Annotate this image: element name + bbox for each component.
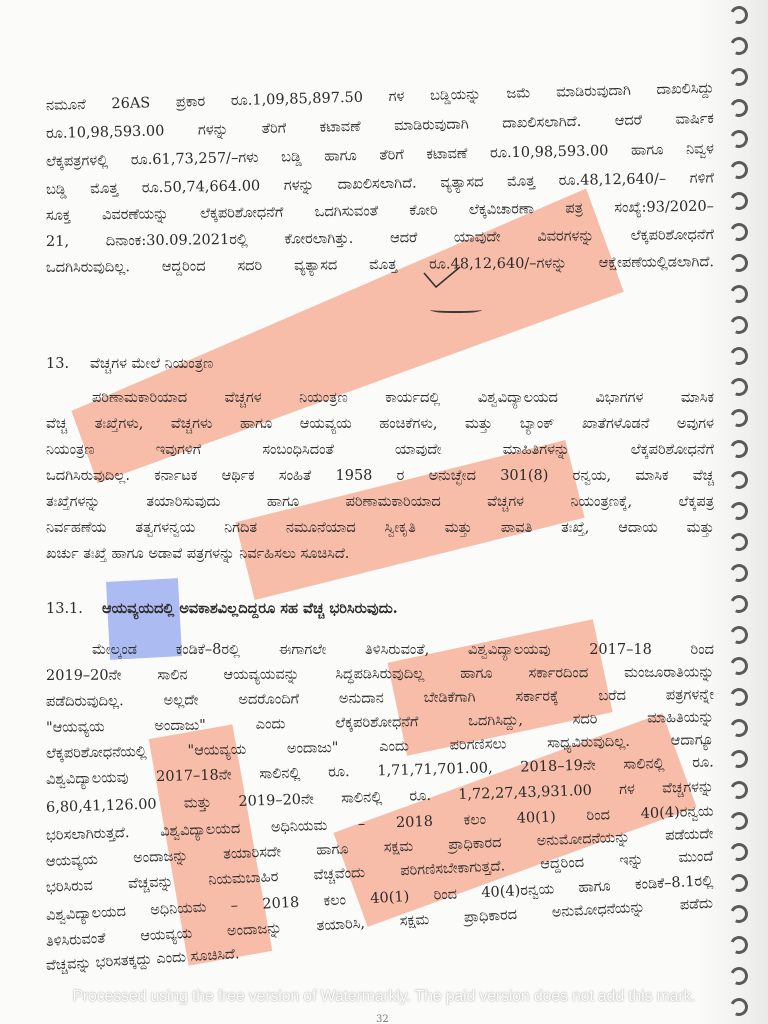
section-number: 13. bbox=[46, 356, 90, 372]
paragraph-line: ಖರ್ಚು ತಃಖ್ತೆ ಹಾಗೂ ಅಡಾವೆ ಪತ್ರಗಳನ್ನು ನಿರ್ವ… bbox=[46, 544, 714, 564]
scanned-document-page: ನಮೂನೆ 26AS ಪ್ರಕಾರ ರೂ.1,09,85,897.50 ಗಳ ಬ… bbox=[0, 0, 768, 1024]
paragraph-line: ನಿಯಂತ್ರಣ ಇವುಗಳಿಗೆ ಸಂಬಂಧಿಸಿದಂತೆ ಯಾವುದೇ ಮಾ… bbox=[46, 440, 714, 460]
paragraph-line: 2019–20ನೇ ಸಾಲಿನ ಆಯವ್ಯಯವನ್ನು ಸಿದ್ಧಪಡಿಸಿರು… bbox=[46, 663, 714, 686]
paragraph-line: ಒದಗಿಸಿರುವುದಿಲ್ಲ. ಆದ್ದರಿಂದ ಸದರಿ ವ್ಯತ್ಯಾಸದ… bbox=[46, 252, 714, 278]
section-13-1-heading: 13.1.ಆಯವ್ಯಯದಲ್ಲಿ ಅವಕಾಶವಿಲ್ಲದಿದ್ದರೂ ಸಹ ವೆ… bbox=[46, 600, 398, 617]
document-text: ನಮೂನೆ 26AS ಪ್ರಕಾರ ರೂ.1,09,85,897.50 ಗಳ ಬ… bbox=[0, 0, 768, 1024]
handwritten-underline bbox=[430, 305, 482, 313]
handwritten-checkmark bbox=[422, 265, 462, 289]
paragraph-line: ಪಡೆದಿರುವುದಿಲ್ಲ. ಅಲ್ಲದೇ ಅದರೊಂದಿಗೆ ಅನುದಾನ … bbox=[46, 685, 714, 712]
paragraph-line: ಮೇಲ್ಕಂಡ ಕಂಡಿಕೆ–8ರಲ್ಲಿ ಈಗಾಗಲೇ ತಿಳಿಸಿರುವಂತ… bbox=[92, 640, 714, 660]
paragraph-line: ಪರಿಣಾಮಕಾರಿಯಾದ ವೆಚ್ಚಗಳ ನಿಯಂತ್ರಣ ಕಾರ್ಯದಲ್ಲ… bbox=[92, 388, 714, 408]
paragraph-line: ಬಡ್ಡಿ ಮೊತ್ತ ರೂ.50,74,664.00 ಗಳನ್ನು ದಾಖಲಿ… bbox=[46, 168, 714, 200]
paragraph-line: ರೂ.10,98,593.00 ಗಳನ್ನು ತೆರಿಗೆ ಕಟಾವಣೆ ಮಾಡ… bbox=[46, 109, 714, 144]
section-number: 13.1. bbox=[46, 601, 102, 617]
paragraph-line: ಒದಗಿಸಿರುವುದಿಲ್ಲ. ಕರ್ನಾಟಕ ಆರ್ಥಿಕ ಸಂಹಿತೆ 1… bbox=[46, 466, 714, 486]
section-13-heading: 13.ವೆಚ್ಚಗಳ ಮೇಲೆ ನಿಯಂತ್ರಣ bbox=[46, 356, 213, 372]
paragraph-line: ನಿರ್ವಹಣೆಯ ತತ್ವಗಳನ್ವಯ ನಿಗದಿತ ನಮೂನೆಯಾದ ಸ್ವ… bbox=[46, 518, 714, 538]
paragraph-line: ವೆಚ್ಚ ತಃಖ್ತೆಗಳು, ವೆಚ್ಚಗಳು ಹಾಗೂ ಆಯವ್ಯಯ ಹಂ… bbox=[46, 414, 714, 434]
paragraph-line: 21, ದಿನಾಂಕ:30.09.2021ರಲ್ಲಿ ಕೋರಲಾಗಿತ್ತು. … bbox=[46, 225, 714, 252]
section-title: ಆಯವ್ಯಯದಲ್ಲಿ ಅವಕಾಶವಿಲ್ಲದಿದ್ದರೂ ಸಹ ವೆಚ್ಚ ಭ… bbox=[102, 600, 398, 617]
page-number: 32 bbox=[376, 1014, 389, 1024]
section-title: ವೆಚ್ಚಗಳ ಮೇಲೆ ನಿಯಂತ್ರಣ bbox=[90, 356, 213, 372]
watermark-text: Processed using the free version of Wate… bbox=[0, 988, 768, 1006]
paragraph-line: ಸೂಕ್ತ ವಿವರಣೆಯನ್ನು ಲೆಕ್ಕಪರಿಶೋಧನೆಗೆ ಒದಗಿಸು… bbox=[46, 197, 714, 226]
paragraph-line: ಲೆಕ್ಕಪತ್ರಗಳಲ್ಲಿ ರೂ.61,73,257/–ಗಳು ಬಡ್ಡಿ … bbox=[46, 139, 714, 172]
paragraph-line: ತಃಖ್ತೆಗಳನ್ನು ತಯಾರಿಸುವುದು ಹಾಗೂ ಪರಿಣಾಮಕಾರಿ… bbox=[46, 492, 714, 512]
